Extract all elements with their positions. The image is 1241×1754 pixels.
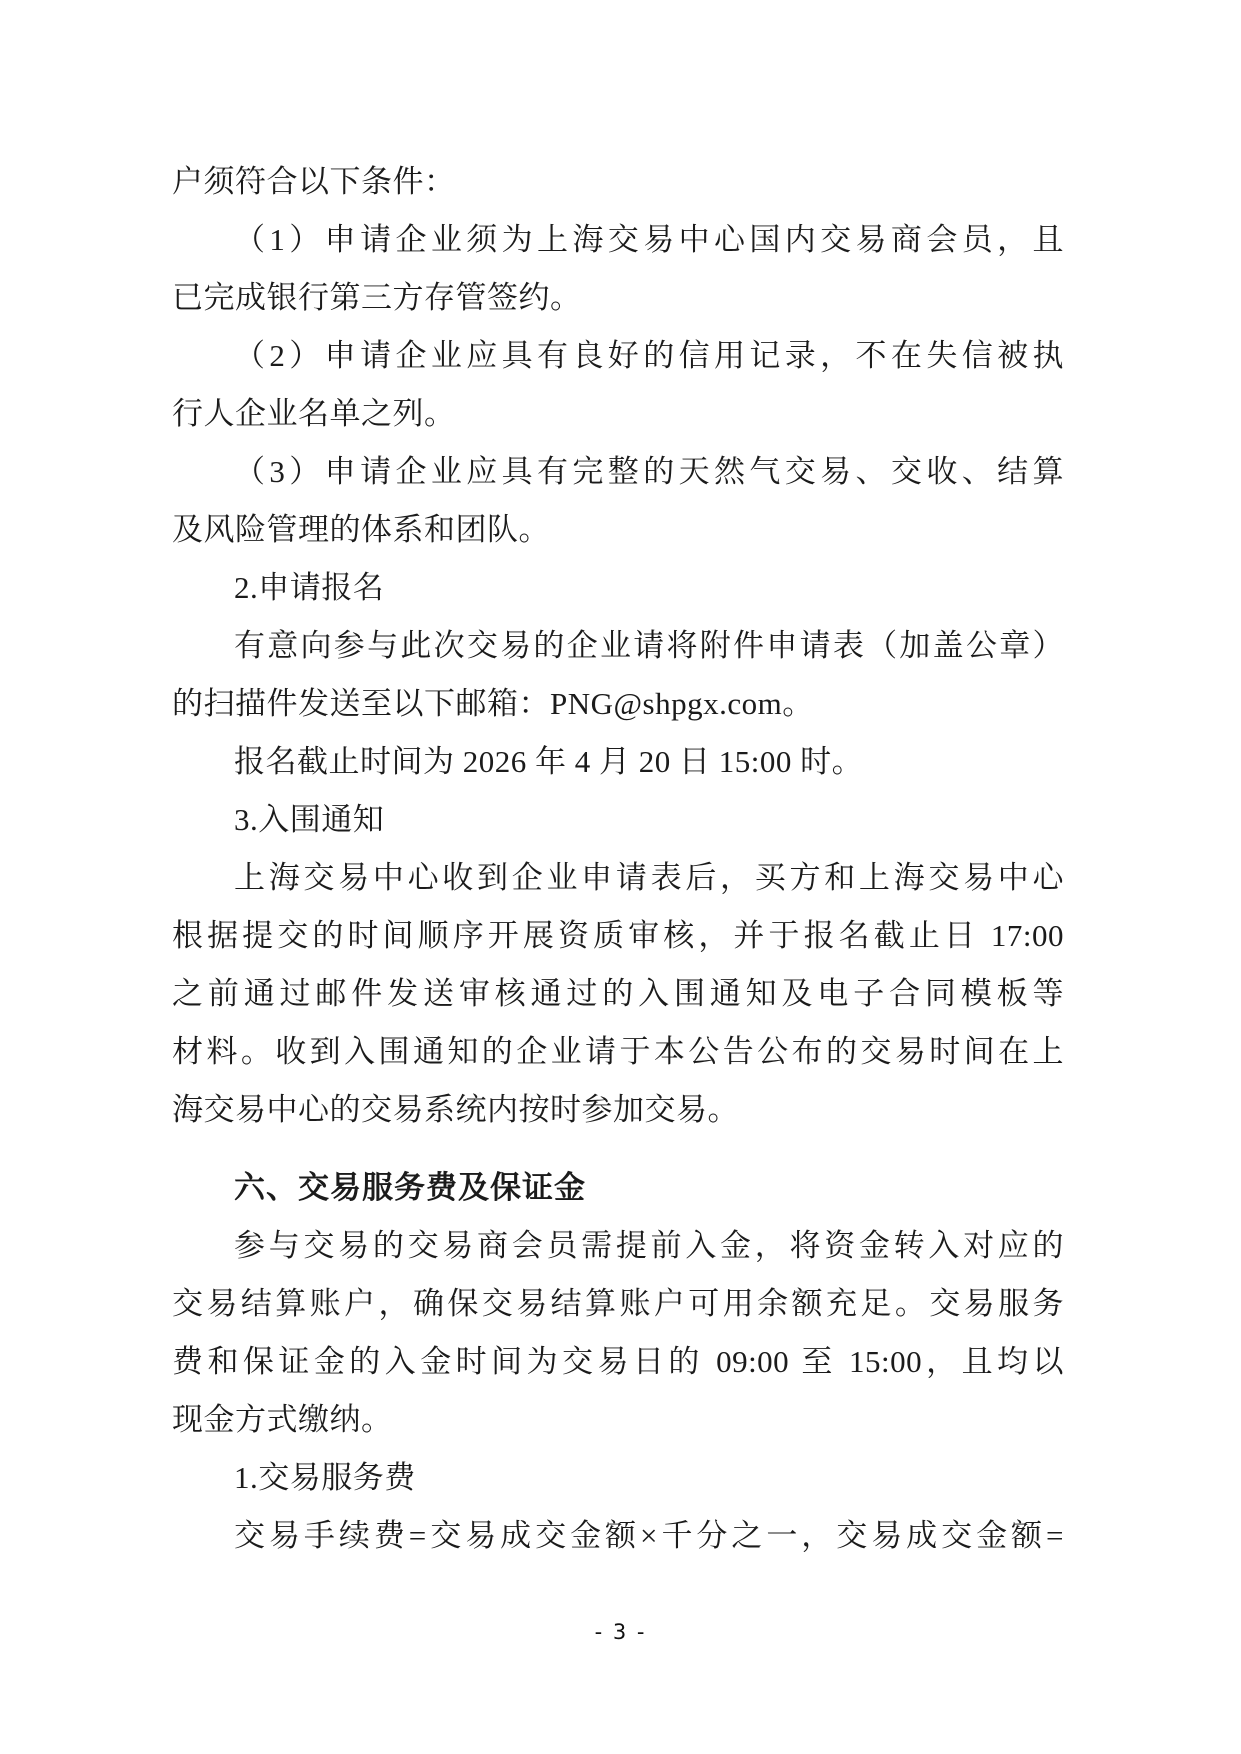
subheading-line: 1.交易服务费 xyxy=(172,1449,1064,1507)
text-line: 根据提交的时间顺序开展资质审核，并于报名截止日 17:00 xyxy=(172,907,1064,965)
text-line: 交易结算账户，确保交易结算账户可用余额充足。交易服务 xyxy=(172,1275,1064,1333)
text-line: 交易手续费=交易成交金额×千分之一，交易成交金额= xyxy=(172,1507,1064,1565)
text-line: 材料。收到入围通知的企业请于本公告公布的交易时间在上 xyxy=(172,1023,1064,1081)
document-page: 户须符合以下条件： （1）申请企业须为上海交易中心国内交易商会员，且 已完成银行… xyxy=(0,0,1241,1754)
section-heading: 六、交易服务费及保证金 xyxy=(172,1159,1064,1217)
text-line: （1）申请企业须为上海交易中心国内交易商会员，且 xyxy=(172,211,1064,269)
text-line: 上海交易中心收到企业申请表后，买方和上海交易中心 xyxy=(172,849,1064,907)
page-footer: - 3 - xyxy=(0,1620,1241,1644)
text-line: （3）申请企业应具有完整的天然气交易、交收、结算 xyxy=(172,443,1064,501)
text-line: 海交易中心的交易系统内按时参加交易。 xyxy=(172,1081,1064,1139)
text-line: （2）申请企业应具有良好的信用记录，不在失信被执 xyxy=(172,327,1064,385)
subheading-line: 3.入围通知 xyxy=(172,791,1064,849)
text-line: 现金方式缴纳。 xyxy=(172,1391,1064,1449)
text-line: 参与交易的交易商会员需提前入金，将资金转入对应的 xyxy=(172,1217,1064,1275)
text-line: 户须符合以下条件： xyxy=(172,153,1064,211)
subheading-line: 2.申请报名 xyxy=(172,559,1064,617)
page-number: - 3 - xyxy=(595,1620,647,1644)
text-line: 已完成银行第三方存管签约。 xyxy=(172,269,1064,327)
text-line: 有意向参与此次交易的企业请将附件申请表（加盖公章） xyxy=(172,617,1064,675)
text-line: 报名截止时间为 2026 年 4 月 20 日 15:00 时。 xyxy=(172,733,1064,791)
text-line: 及风险管理的体系和团队。 xyxy=(172,501,1064,559)
text-line: 的扫描件发送至以下邮箱：PNG@shpgx.com。 xyxy=(172,675,1064,733)
document-body: 户须符合以下条件： （1）申请企业须为上海交易中心国内交易商会员，且 已完成银行… xyxy=(172,153,1064,1565)
text-line: 行人企业名单之列。 xyxy=(172,385,1064,443)
text-line: 之前通过邮件发送审核通过的入围通知及电子合同模板等 xyxy=(172,965,1064,1023)
text-line: 费和保证金的入金时间为交易日的 09:00 至 15:00，且均以 xyxy=(172,1333,1064,1391)
